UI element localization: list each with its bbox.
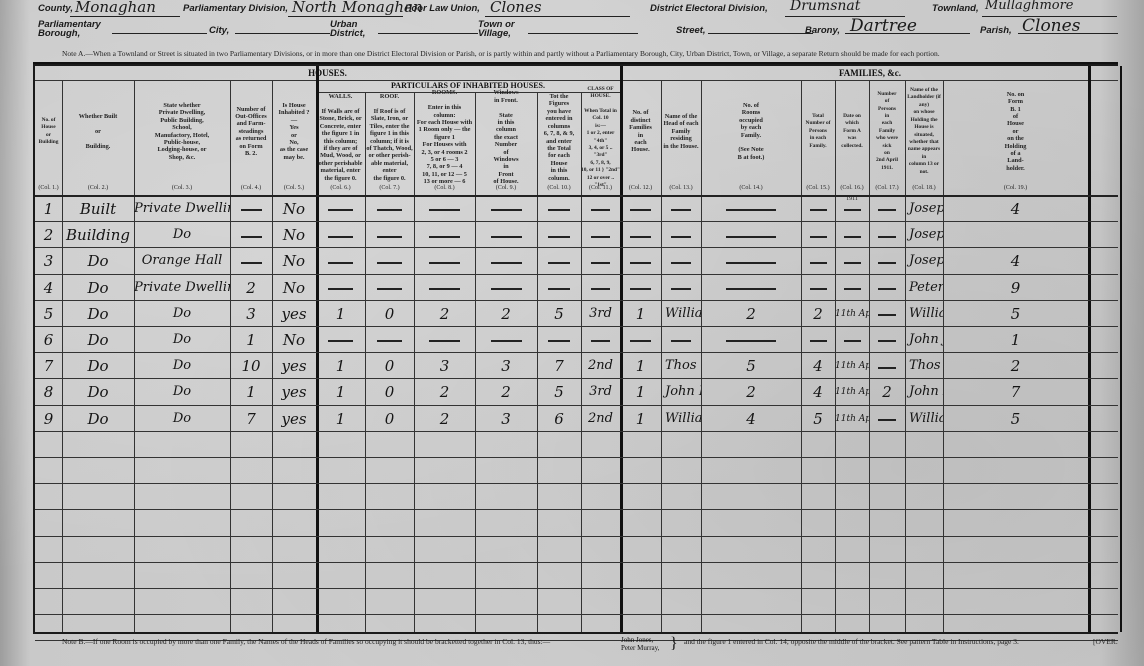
cell-inhabited: yes (272, 303, 316, 327)
empty-dash (591, 236, 611, 238)
cell-rooms: 2 (414, 381, 475, 405)
cell-type: Private Dwelling (134, 277, 230, 301)
column-header-5: Is House Inhabited ? — Yes or No, as the… (272, 82, 316, 181)
empty-dash (548, 236, 570, 238)
row-divider (35, 588, 1118, 589)
cell-roof: 0 (365, 355, 414, 379)
cell-house-no: 2 (35, 224, 62, 248)
cell-roof: 0 (365, 381, 414, 405)
cell-fam-rooms: 4 (701, 408, 801, 432)
empty-dash (630, 236, 651, 238)
cell-date: 11th Apl (835, 381, 869, 405)
cell-house-no: 7 (35, 355, 62, 379)
cell-walls: 1 (316, 381, 365, 405)
cell-outoffices: 1 (230, 381, 272, 405)
cell-landholder: Joseph Andrews (905, 250, 943, 274)
empty-dash (726, 262, 776, 264)
column-header-19: No. on Form B. 1 of House or on the Hold… (943, 82, 1088, 181)
cell-type: Do (134, 303, 230, 327)
column-header-16: Date on which Form A was collected. (835, 82, 869, 181)
empty-dash (844, 209, 861, 211)
poor-law-union-label: Poor Law Union, (405, 3, 480, 14)
street-label: Street, (676, 25, 706, 36)
column-number-2: (Col. 2.) (62, 185, 134, 191)
empty-dash (671, 340, 691, 342)
empty-dash (591, 262, 611, 264)
cell-built: Do (62, 303, 134, 327)
empty-dash (810, 262, 827, 264)
empty-dash (491, 236, 522, 238)
column-header-6: WALLS. If Walls are of Stone, Brick, or … (316, 94, 365, 181)
cell-house-no: 4 (35, 277, 62, 301)
cell-house-no: 3 (35, 250, 62, 274)
cell-inhabited: No (272, 277, 316, 301)
census-form-page: County, Monaghan Parliamentary Division,… (0, 0, 1144, 666)
row-divider (35, 562, 1118, 563)
city-label: City, (209, 25, 229, 36)
townland-label: Townland, (932, 3, 979, 14)
cell-form-b1: 4 (943, 250, 1088, 274)
column-header-12: No. of distinct Families in each House. (620, 82, 661, 181)
empty-dash (429, 236, 460, 238)
empty-dash (377, 236, 402, 238)
empty-dash (491, 340, 522, 342)
column-number-16: (Col. 16.) (835, 185, 869, 191)
empty-dash (844, 340, 861, 342)
note-a: Note A.—When a Townland or Street is sit… (62, 49, 940, 58)
parl-division-label: Parliamentary Division, (183, 3, 288, 14)
empty-dash (328, 209, 353, 211)
cell-persons: 2 (801, 303, 835, 327)
column-header-4: Number of Out-Offices and Farm- steading… (230, 82, 272, 181)
column-number-6: (Col. 6.) (316, 185, 365, 191)
cell-class: 2nd (581, 408, 620, 432)
townland-value: Mullaghmore (985, 0, 1074, 13)
column-number-15: (Col. 15.) (801, 185, 835, 191)
column-number-14: (Col. 14.) (701, 185, 801, 191)
cell-persons: 5 (801, 408, 835, 432)
cell-total: 5 (537, 303, 581, 327)
cell-outoffices: 2 (230, 277, 272, 301)
parl-division-value: North Monaghan (292, 0, 423, 16)
cell-fam-rooms: 2 (701, 303, 801, 327)
cell-persons: 4 (801, 381, 835, 405)
empty-dash (591, 209, 611, 211)
cell-families: 1 (620, 408, 661, 432)
empty-dash (241, 262, 262, 264)
cell-outoffices: 10 (230, 355, 272, 379)
column-header-14: No. of Rooms occupied by each Family. (S… (701, 82, 801, 181)
column-number-7: (Col. 7.) (365, 185, 414, 191)
cell-rooms: 2 (414, 408, 475, 432)
column-number-5: (Col. 5.) (272, 185, 316, 191)
table-right-edge (1120, 66, 1122, 632)
cell-inhabited: No (272, 329, 316, 353)
cell-outoffices: 7 (230, 408, 272, 432)
cell-fam-rooms: 5 (701, 355, 801, 379)
census-table: HOUSES.FAMILIES, &c.PARTICULARS OF INHAB… (33, 64, 1118, 634)
empty-dash (726, 209, 776, 211)
cell-windows: 3 (475, 355, 537, 379)
empty-dash (591, 340, 611, 342)
cell-form-b1: 5 (943, 408, 1088, 432)
empty-dash (377, 262, 402, 264)
empty-dash (878, 340, 896, 342)
cell-landholder: Joseph Andrews (905, 224, 943, 248)
empty-dash (241, 209, 262, 211)
row-divider (35, 614, 1118, 615)
cell-head: John Doherty (661, 381, 701, 405)
note-b: Note B.—If one Room is occupied by more … (62, 637, 550, 646)
empty-dash (844, 288, 861, 290)
cell-sick: 2 (869, 381, 905, 405)
cell-built: Do (62, 277, 134, 301)
cell-date: 11th Apl (835, 408, 869, 432)
cell-house-no: 5 (35, 303, 62, 327)
empty-dash (671, 288, 691, 290)
cell-head: William Gunn (661, 303, 701, 327)
cell-roof: 0 (365, 408, 414, 432)
cell-families: 1 (620, 303, 661, 327)
cell-type: Do (134, 224, 230, 248)
empty-dash (671, 209, 691, 211)
cell-house-no: 1 (35, 198, 62, 222)
cell-landholder: Thos W Gillespie (905, 355, 943, 379)
empty-dash (548, 340, 570, 342)
county-label: County, (38, 3, 73, 14)
empty-dash (377, 209, 402, 211)
parish-label: Parish, (980, 25, 1012, 36)
cell-outoffices: 1 (230, 329, 272, 353)
section-families: FAMILIES, &c. (620, 68, 1120, 78)
empty-dash (810, 236, 827, 238)
cell-class: 3rd (581, 303, 620, 327)
empty-dash (726, 340, 776, 342)
cell-inhabited: No (272, 250, 316, 274)
column-header-15: Total Number of Persons in each Family. (801, 82, 835, 181)
empty-dash (726, 236, 776, 238)
empty-dash (878, 236, 896, 238)
column-header-3: State whether Private Dwelling, Public B… (134, 82, 230, 181)
empty-dash (630, 340, 651, 342)
empty-dash (548, 288, 570, 290)
empty-dash (429, 209, 460, 211)
note-b-example: John Jones, Peter Murray, (621, 636, 659, 652)
cell-type: Do (134, 408, 230, 432)
cell-inhabited: No (272, 224, 316, 248)
cell-roof: 0 (365, 303, 414, 327)
cell-built: Do (62, 381, 134, 405)
header-bottom-rule (35, 195, 1118, 197)
column-number-3: (Col. 3.) (134, 185, 230, 191)
cell-type: Private Dwelling (134, 198, 230, 222)
column-header-10: Tot the Figures you have entered in colu… (537, 94, 581, 181)
parl-borough-label: Parliamentary Borough, (38, 20, 108, 38)
empty-dash (810, 340, 827, 342)
empty-dash (328, 236, 353, 238)
cell-persons: 4 (801, 355, 835, 379)
cell-date: 11th Apl (835, 355, 869, 379)
cell-class: 3rd (581, 381, 620, 405)
note-b-example-2: Peter Murray, (621, 644, 659, 652)
column-number-12: (Col. 12.) (620, 185, 661, 191)
column-divider (1088, 66, 1091, 632)
cell-form-b1: 2 (943, 355, 1088, 379)
cell-type: Orange Hall (134, 250, 230, 274)
empty-dash (630, 288, 651, 290)
note-b-text: Note B.—If one Room is occupied by more … (62, 637, 550, 646)
urban-district-label: Urban District, (330, 20, 378, 38)
cell-inhabited: yes (272, 381, 316, 405)
column-header-2: Whether Built or Building. (62, 82, 134, 181)
cell-house-no: 6 (35, 329, 62, 353)
section-houses: HOUSES. (35, 68, 620, 78)
cell-type: Do (134, 381, 230, 405)
empty-dash (548, 209, 570, 211)
cell-head: William Gillespie (661, 408, 701, 432)
cell-built: Do (62, 250, 134, 274)
cell-landholder: Peter McPhillips (905, 277, 943, 301)
empty-dash (810, 209, 827, 211)
empty-dash (671, 262, 691, 264)
cell-total: 6 (537, 408, 581, 432)
cell-rooms: 2 (414, 303, 475, 327)
row-divider (35, 457, 1118, 458)
empty-dash (591, 288, 611, 290)
cell-landholder: John Doherty (905, 381, 943, 405)
cell-inhabited: No (272, 198, 316, 222)
empty-dash (377, 340, 402, 342)
column-header-7: ROOF. If Roof is of Slate, Iron, or Tile… (365, 94, 414, 181)
empty-dash (630, 262, 651, 264)
column-header-11: CLASS OF HOUSE. When Total in Col. 10 is… (581, 94, 620, 181)
note-b-example-1: John Jones, (621, 636, 659, 644)
cell-inhabited: yes (272, 355, 316, 379)
empty-dash (328, 340, 353, 342)
cell-total: 7 (537, 355, 581, 379)
column-header-18: Name of the Landholder (if any) on whose… (905, 82, 943, 181)
cell-head: Thos W Gillespie (661, 355, 701, 379)
cell-walls: 1 (316, 303, 365, 327)
empty-dash (878, 209, 896, 211)
cell-type: Do (134, 355, 230, 379)
column-header-1: No. of House or Building (35, 82, 62, 181)
ded-value: Drumsnat (790, 0, 860, 14)
column-number-4: (Col. 4.) (230, 185, 272, 191)
column-header-13: Name of the Head of each Family residing… (661, 82, 701, 181)
empty-dash (328, 262, 353, 264)
column-number-13: (Col. 13.) (661, 185, 701, 191)
empty-dash (878, 262, 896, 264)
cell-landholder: William Gunn (905, 303, 943, 327)
empty-dash (878, 288, 896, 290)
empty-dash (491, 288, 522, 290)
column-number-19: (Col. 19.) (943, 185, 1088, 191)
cell-built: Built (62, 198, 134, 222)
poor-law-union-value: Clones (490, 0, 542, 16)
cell-windows: 2 (475, 303, 537, 327)
cell-landholder: John J Francy (905, 329, 943, 353)
empty-dash (377, 288, 402, 290)
empty-dash (548, 262, 570, 264)
cell-families: 1 (620, 355, 661, 379)
column-number-8: (Col. 8.) (414, 185, 475, 191)
note-b-after: and the figure 1 entered in Col. 14, opp… (684, 637, 1019, 646)
column-header-17: Number of Persons in each Family who wer… (869, 82, 905, 181)
empty-dash (878, 314, 896, 316)
row-divider (35, 536, 1118, 537)
row-divider (35, 509, 1118, 510)
empty-dash (630, 209, 651, 211)
cell-form-b1: 5 (943, 303, 1088, 327)
cell-total: 5 (537, 381, 581, 405)
cell-built: Do (62, 408, 134, 432)
column-number-9: (Col. 9.) (475, 185, 537, 191)
cell-form-b1: 1 (943, 329, 1088, 353)
town-village-label: Town or Village, (478, 20, 524, 38)
empty-dash (844, 236, 861, 238)
column-number-17: (Col. 17.) (869, 185, 905, 191)
column-header-8: ROOMS. Enter in this column: For each Ho… (414, 94, 475, 181)
cell-fam-rooms: 2 (701, 381, 801, 405)
cell-landholder: William Gillespie (905, 408, 943, 432)
empty-dash (429, 340, 460, 342)
column-number-1: (Col. 1.) (35, 185, 62, 191)
cell-type: Do (134, 329, 230, 353)
cell-date: 11th Apl (835, 303, 869, 327)
cell-walls: 1 (316, 408, 365, 432)
cell-inhabited: yes (272, 408, 316, 432)
over-marker: [OVER. (1093, 637, 1118, 646)
cell-windows: 3 (475, 408, 537, 432)
cell-class: 2nd (581, 355, 620, 379)
empty-dash (726, 288, 776, 290)
row-divider (35, 483, 1118, 484)
empty-dash (491, 262, 522, 264)
cell-outoffices: 3 (230, 303, 272, 327)
column-header-9: Windows in Front. State in this column t… (475, 94, 537, 181)
empty-dash (878, 419, 896, 421)
cell-rooms: 3 (414, 355, 475, 379)
cell-form-b1: 9 (943, 277, 1088, 301)
cell-landholder: Joseph Andrews (905, 198, 943, 222)
empty-dash (810, 288, 827, 290)
empty-dash (241, 236, 262, 238)
empty-dash (671, 236, 691, 238)
cell-families: 1 (620, 381, 661, 405)
cell-form-b1: 7 (943, 381, 1088, 405)
cell-walls: 1 (316, 355, 365, 379)
column-number-11: (Col. 11.) (581, 185, 620, 191)
empty-dash (491, 209, 522, 211)
empty-dash (429, 288, 460, 290)
cell-built: Building (62, 224, 134, 248)
cell-windows: 2 (475, 381, 537, 405)
empty-dash (328, 288, 353, 290)
empty-dash (878, 367, 896, 369)
column-number-18: (Col. 18.) (905, 185, 943, 191)
ded-label: District Electoral Division, (650, 3, 768, 14)
cell-built: Do (62, 329, 134, 353)
column-number-10: (Col. 10.) (537, 185, 581, 191)
cell-house-no: 9 (35, 408, 62, 432)
empty-dash (429, 262, 460, 264)
cell-built: Do (62, 355, 134, 379)
county-value: Monaghan (75, 0, 156, 16)
cell-house-no: 8 (35, 381, 62, 405)
cell-form-b1: 4 (943, 198, 1088, 222)
empty-dash (844, 262, 861, 264)
barony-label: Barony, (805, 25, 840, 36)
